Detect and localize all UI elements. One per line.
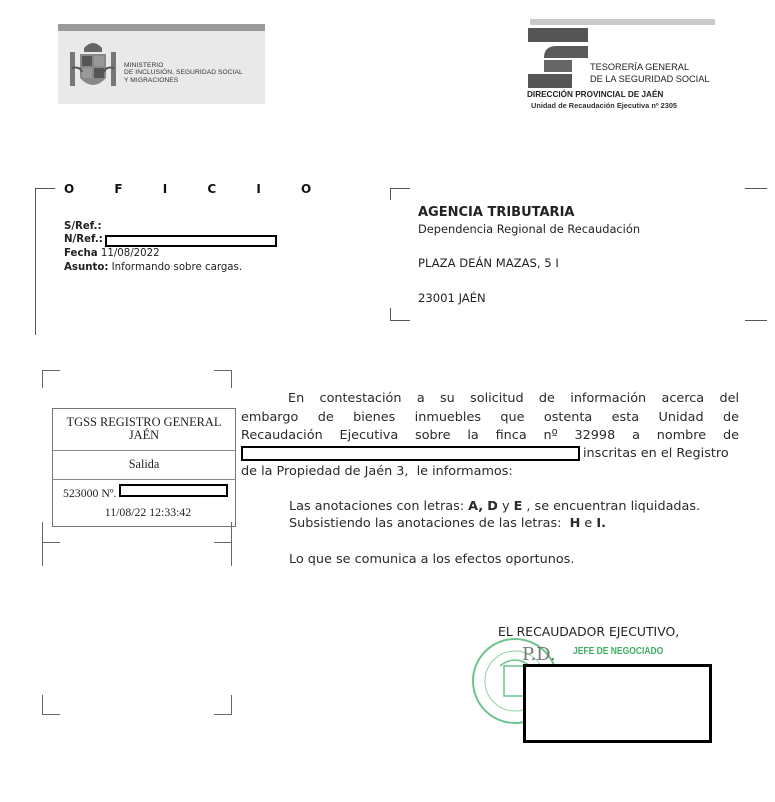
tgss-title-line-1: TESORERÍA GENERAL <box>590 61 709 73</box>
letter-i: I. <box>596 516 606 531</box>
stamp-frame-tl-v <box>42 370 43 388</box>
n-ref-label: N/Ref.: <box>64 234 103 245</box>
stamp-frame-bl-v <box>42 695 43 714</box>
addressee-city: 23001 JAÉN <box>418 291 486 305</box>
stamp-title-line-2: JAÉN <box>53 429 235 442</box>
letter-h: H <box>570 516 581 531</box>
stamp-frame-tr-h <box>214 370 232 371</box>
collection-unit: Unidad de Recaudación Ejecutiva nº 2305 <box>531 101 677 110</box>
fecha-label: Fecha <box>64 248 98 259</box>
fecha-value: 11/08/2022 <box>101 248 160 259</box>
ministry-line-3: Y MIGRACIONES <box>124 77 243 84</box>
letter-d: D <box>487 499 498 514</box>
paragraph-3: Subsistiendo las anotaciones de las letr… <box>289 516 606 531</box>
provincial-direction: DIRECCIÓN PROVINCIAL DE JAÉN <box>527 90 663 99</box>
oficio-bracket-side <box>35 188 36 335</box>
stamp-frame-tl-h <box>42 370 60 371</box>
n-ref-redaction <box>105 235 277 247</box>
signature-initials: P.D. <box>522 644 556 665</box>
addr-bracket-bl-v <box>390 308 391 320</box>
asunto-value: Informando sobre cargas. <box>112 262 242 273</box>
stamp-frame-bl-h <box>42 714 60 715</box>
ministry-line-2: DE INCLUSIÓN, SEGURIDAD SOCIAL <box>124 69 243 76</box>
tgss-logo-icon <box>528 28 588 88</box>
spain-coat-of-arms-icon <box>66 38 120 94</box>
stamp-frame-mr-v <box>231 522 232 566</box>
asunto-label: Asunto: <box>64 262 108 273</box>
addressee-street: PLAZA DEÁN MAZAS, 5 I <box>418 256 559 270</box>
oficio-title: O F I C I O <box>64 182 329 196</box>
n-ref: N/Ref.: <box>64 234 103 245</box>
addr-bracket-tl-v <box>390 188 391 200</box>
tgss-header-bar <box>530 19 715 25</box>
s-ref: S/Ref.: <box>64 221 102 232</box>
stamp-number-redaction <box>119 484 228 497</box>
addressee-department: Dependencia Regional de Recaudación <box>418 222 640 236</box>
s-ref-label: S/Ref.: <box>64 221 102 232</box>
paragraph-1-line-5: de la Propiedad de Jaén 3, le informamos… <box>241 464 513 479</box>
paragraph-2-prefix: Las anotaciones con letras: <box>289 499 468 514</box>
stamp-frame-mr-h <box>214 542 232 543</box>
stamp-frame-tr-v <box>231 370 232 388</box>
asunto: Asunto: Informando sobre cargas. <box>64 262 242 273</box>
jefe-negociado-stamp: JEFE DE NEGOCIADO <box>573 646 663 657</box>
stamp-frame-br-v <box>231 695 232 714</box>
tgss-title: TESORERÍA GENERAL DE LA SEGURIDAD SOCIAL <box>590 61 709 85</box>
closing-line: Lo que se comunica a los efectos oportun… <box>289 552 574 567</box>
addr-mark-br <box>745 320 767 321</box>
paragraph-2-join: y <box>502 499 510 514</box>
registry-stamp: TGSS REGISTRO GENERAL JAÉN Salida 523000… <box>52 408 236 527</box>
ministry-name: MINISTERIO DE INCLUSIÓN, SEGURIDAD SOCIA… <box>124 62 243 84</box>
stamp-frame-br-h <box>214 714 232 715</box>
stamp-type: Salida <box>53 451 235 480</box>
paragraph-1-line-3: Recaudación Ejecutiva sobre la finca nº … <box>241 427 739 446</box>
stamp-number-label: 523000 Nº. <box>63 486 116 500</box>
letter-a: A, <box>468 499 483 514</box>
stamp-title: TGSS REGISTRO GENERAL JAÉN <box>53 409 235 451</box>
signature-redaction <box>523 664 712 743</box>
paragraph-3-join: e <box>584 516 592 531</box>
stamp-datetime: 11/08/22 12:33:42 <box>53 501 235 520</box>
oficio-bracket-top <box>35 188 55 189</box>
ministry-header-bar <box>58 24 265 31</box>
addr-bracket-bl-h <box>390 320 410 321</box>
addr-bracket-tl-h <box>390 188 410 189</box>
stamp-frame-ml-v <box>42 522 43 566</box>
addressee-name: AGENCIA TRIBUTARIA <box>418 205 574 220</box>
paragraph-2-suffix: , se encuentran liquidadas. <box>522 499 700 514</box>
paragraph-1: En contestación a su solicitud de inform… <box>241 390 739 446</box>
owner-name-redaction <box>241 446 580 461</box>
paragraph-3-prefix: Subsistiendo las anotaciones de las letr… <box>289 516 570 531</box>
paragraph-1-line-4: inscritas en el Registro <box>583 446 729 461</box>
addr-mark-tr <box>745 188 767 189</box>
paragraph-2: Las anotaciones con letras: A, D y E , s… <box>289 499 700 514</box>
paragraph-1-line-1: En contestación a su solicitud de inform… <box>241 390 739 409</box>
paragraph-1-line-2: embargo de bienes inmuebles que ostenta … <box>241 409 739 428</box>
fecha: Fecha 11/08/2022 <box>64 248 160 259</box>
stamp-frame-ml-h <box>42 542 60 543</box>
tgss-title-line-2: DE LA SEGURIDAD SOCIAL <box>590 73 709 85</box>
